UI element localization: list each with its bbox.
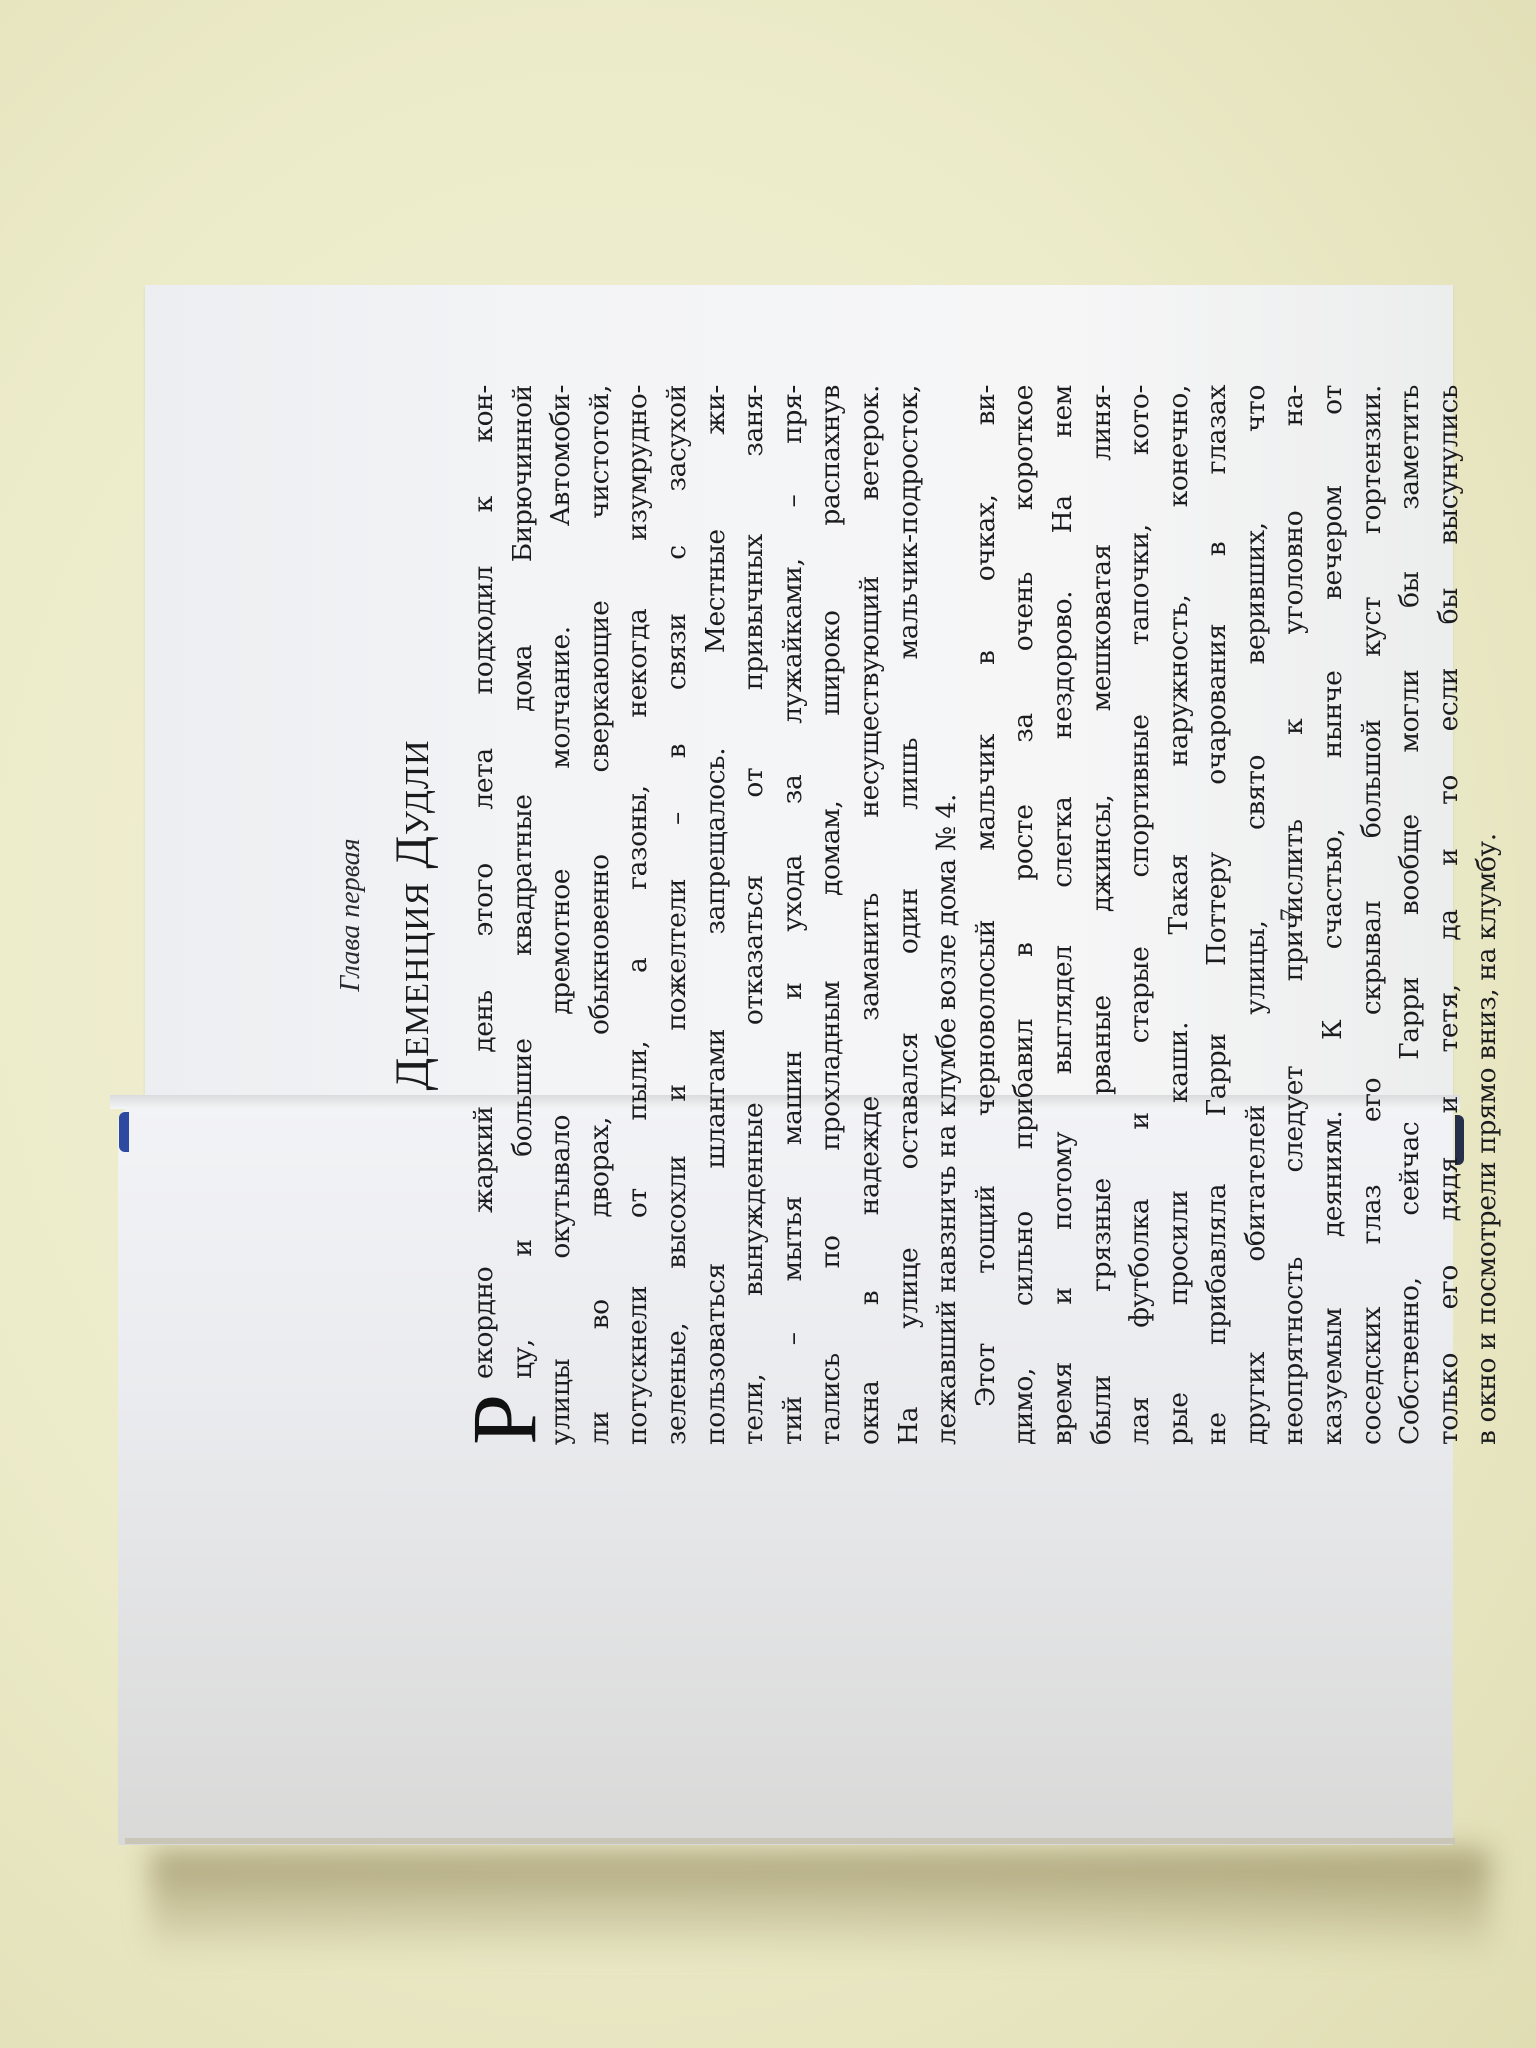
text-line: не прибавляла Гарри Поттеру очарования в… <box>1198 385 1237 1445</box>
text-line: окна в надежде заманить несуществующий в… <box>851 385 890 1445</box>
text-line: время и потому выглядел слегка нездорово… <box>1044 385 1083 1445</box>
text-line: лая футболка и старые спортивные тапочки… <box>1121 385 1160 1445</box>
text-line: улицы окутывало дремотное молчание. Авто… <box>542 385 581 1445</box>
drop-cap: Р <box>469 1394 539 1445</box>
text-line: екордно жаркий день этого лета подходил … <box>465 385 504 1445</box>
text-line: лежавший навзничь на клумбе возле дома №… <box>928 385 967 1445</box>
paragraph-2: Этот тощий черноволосый мальчик в очках,… <box>967 385 1507 1445</box>
page-edge <box>125 1838 1455 1844</box>
text-line: тались по прохладным домам, широко распа… <box>812 385 851 1445</box>
chapter-label: Глава первая <box>335 380 367 1450</box>
text-line: тий – мытья машин и ухода за лужайками, … <box>774 385 813 1445</box>
page-text-rotated: Глава первая Деменция Дудли Р екордно жа… <box>335 380 1325 1450</box>
text-line: других обитателей улицы, свято веривших,… <box>1237 385 1276 1445</box>
text-line: На улице оставался один лишь мальчик-под… <box>890 385 929 1445</box>
text-line: казуемым деяниям. К счастью, нынче вечер… <box>1314 385 1353 1445</box>
chapter-body: Р екордно жаркий день этого лета подходи… <box>465 385 1507 1445</box>
page-number: 7 <box>1275 380 1305 1450</box>
text-line: потускнели от пыли, а газоны, некогда из… <box>619 385 658 1445</box>
book-shadow <box>150 1850 1490 1960</box>
text-line: ли во дворах, обыкновенно сверкающие чис… <box>581 385 620 1445</box>
text-line: димо, сильно прибавил в росте за очень к… <box>1005 385 1044 1445</box>
text-line: были грязные рваные джинсы, мешковатая л… <box>1083 385 1122 1445</box>
paragraph-1: Р екордно жаркий день этого лета подходи… <box>465 385 967 1445</box>
text-line: пользоваться шлангами запрещалось. Местн… <box>697 385 736 1445</box>
text-line: цу, и большие квадратные дома Бирючинной <box>504 385 543 1445</box>
text-line: в окно и посмотрели прямо вниз, на клумб… <box>1468 385 1507 1445</box>
chapter-title: Деменция Дудли <box>385 380 440 1450</box>
text-line: Собственно, сейчас Гарри вообще могли бы… <box>1391 385 1430 1445</box>
text-line: тели, вынужденные отказаться от привычны… <box>735 385 774 1445</box>
text-line: соседских глаз его скрывал большой куст … <box>1353 385 1392 1445</box>
book-spine-cover <box>119 1112 129 1152</box>
text-line: Этот тощий черноволосый мальчик в очках,… <box>967 385 1006 1445</box>
text-line: рые просили каши. Такая наружность, коне… <box>1160 385 1199 1445</box>
text-line: зеленые, высохли и пожелтели – в связи с… <box>658 385 697 1445</box>
text-line: только его дядя и тетя, да и то если бы … <box>1430 385 1469 1445</box>
